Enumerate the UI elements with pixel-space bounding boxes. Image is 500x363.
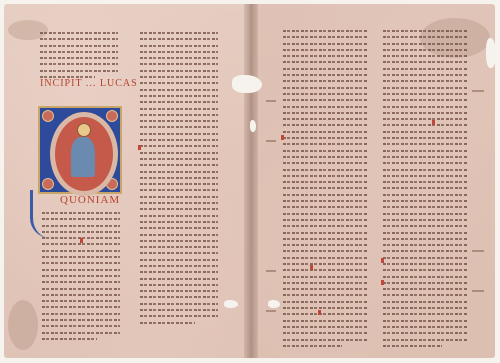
historiated-initial	[38, 106, 122, 194]
red-initial	[310, 265, 313, 270]
text-column-left-1b	[42, 212, 120, 344]
marginal-note	[266, 140, 276, 142]
rubric-quoniam: QUONIAM	[60, 194, 120, 206]
stain	[8, 300, 38, 350]
marginal-note	[266, 100, 276, 102]
red-initial	[432, 120, 435, 125]
rubric-incipit: INCIPIT ... LUCAS	[40, 78, 138, 89]
red-initial	[281, 135, 284, 140]
parchment-hole	[232, 75, 262, 93]
marginal-note	[472, 90, 484, 92]
text-column-right-2	[383, 30, 467, 351]
parchment-hole	[250, 120, 256, 132]
red-initial	[80, 238, 83, 243]
seated-figure	[71, 137, 95, 177]
text-column-right-1	[283, 30, 367, 351]
marginal-note	[472, 290, 484, 292]
red-initial	[381, 258, 384, 263]
text-column-left-1a	[40, 32, 118, 82]
manuscript-image: INCIPIT ... LUCAS QUONIAM	[0, 0, 500, 363]
text-column-left-2	[140, 32, 218, 328]
red-initial	[381, 280, 384, 285]
parchment-hole	[224, 300, 238, 308]
marginal-note	[266, 270, 276, 272]
parchment-hole	[268, 300, 280, 308]
marginal-note	[266, 310, 276, 312]
parchment-hole	[486, 38, 496, 68]
red-initial	[138, 145, 141, 150]
binding-gutter	[244, 4, 258, 358]
marginal-note	[472, 250, 484, 252]
red-initial	[318, 310, 321, 315]
halo	[77, 123, 91, 137]
